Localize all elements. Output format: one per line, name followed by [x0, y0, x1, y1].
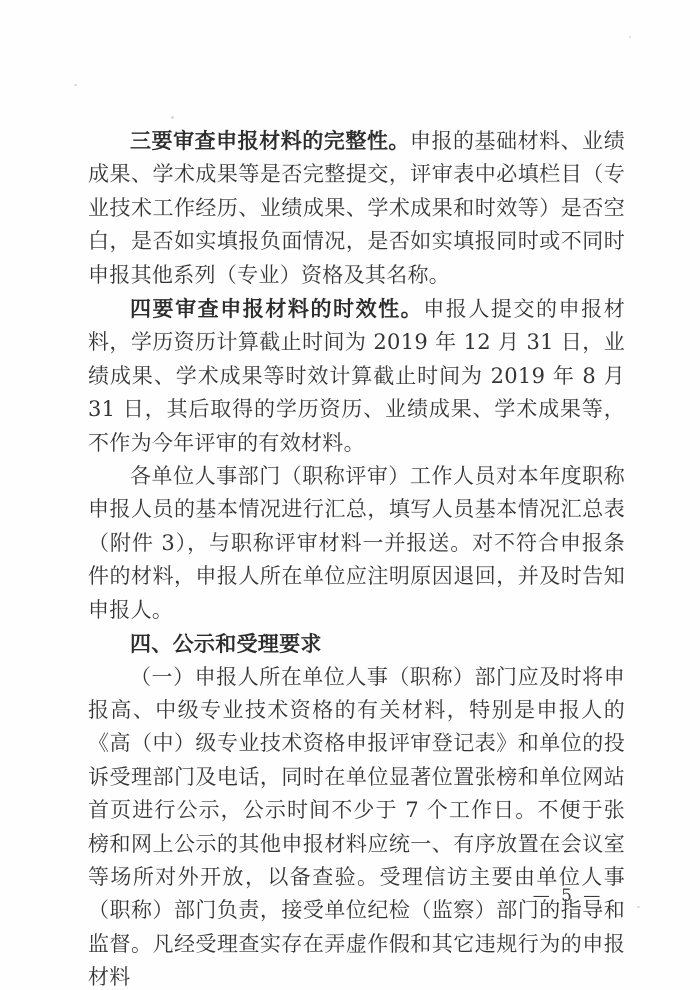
section-heading-text: 四、公示和受理要求: [130, 631, 322, 656]
scan-speck: [74, 84, 77, 86]
scan-speck: [629, 36, 631, 38]
paragraph-hr-summary: 各单位人事部门（职称评审）工作人员对本年度职称申报人员的基本情况进行汇总，填写人…: [88, 460, 625, 627]
bold-lead-completeness: 三要审查申报材料的完整性。: [130, 128, 410, 153]
page-number: — 5 —: [528, 886, 608, 906]
paragraph-text: 各单位人事部门（职称评审）工作人员对本年度职称申报人员的基本情况进行汇总，填写人…: [88, 464, 625, 622]
bold-lead-timeliness: 四要审查申报材料的时效性。: [130, 296, 423, 321]
paragraph-review-completeness: 三要审查申报材料的完整性。申报的基础材料、业绩成果、学术成果等是否完整提交，评审…: [88, 124, 625, 292]
paragraph-review-timeliness: 四要审查申报材料的时效性。申报人提交的申报材料，学历资历计算截止时间为 2019…: [88, 292, 625, 460]
section-heading-publicity: 四、公示和受理要求: [88, 627, 625, 660]
paragraph-text: （一）申报人所在单位人事（职称）部门应及时将申报高、中级专业技术资格的有关材料，…: [88, 665, 625, 990]
scan-speck: [171, 116, 174, 119]
document-body-text: 三要审查申报材料的完整性。申报的基础材料、业绩成果、学术成果等是否完整提交，评审…: [88, 124, 625, 990]
paragraph-publicity-requirements: （一）申报人所在单位人事（职称）部门应及时将申报高、中级专业技术资格的有关材料，…: [88, 661, 625, 990]
scanned-document-page: 三要审查申报材料的完整性。申报的基础材料、业绩成果、学术成果等是否完整提交，评审…: [0, 0, 700, 990]
scan-speck: [637, 906, 640, 908]
